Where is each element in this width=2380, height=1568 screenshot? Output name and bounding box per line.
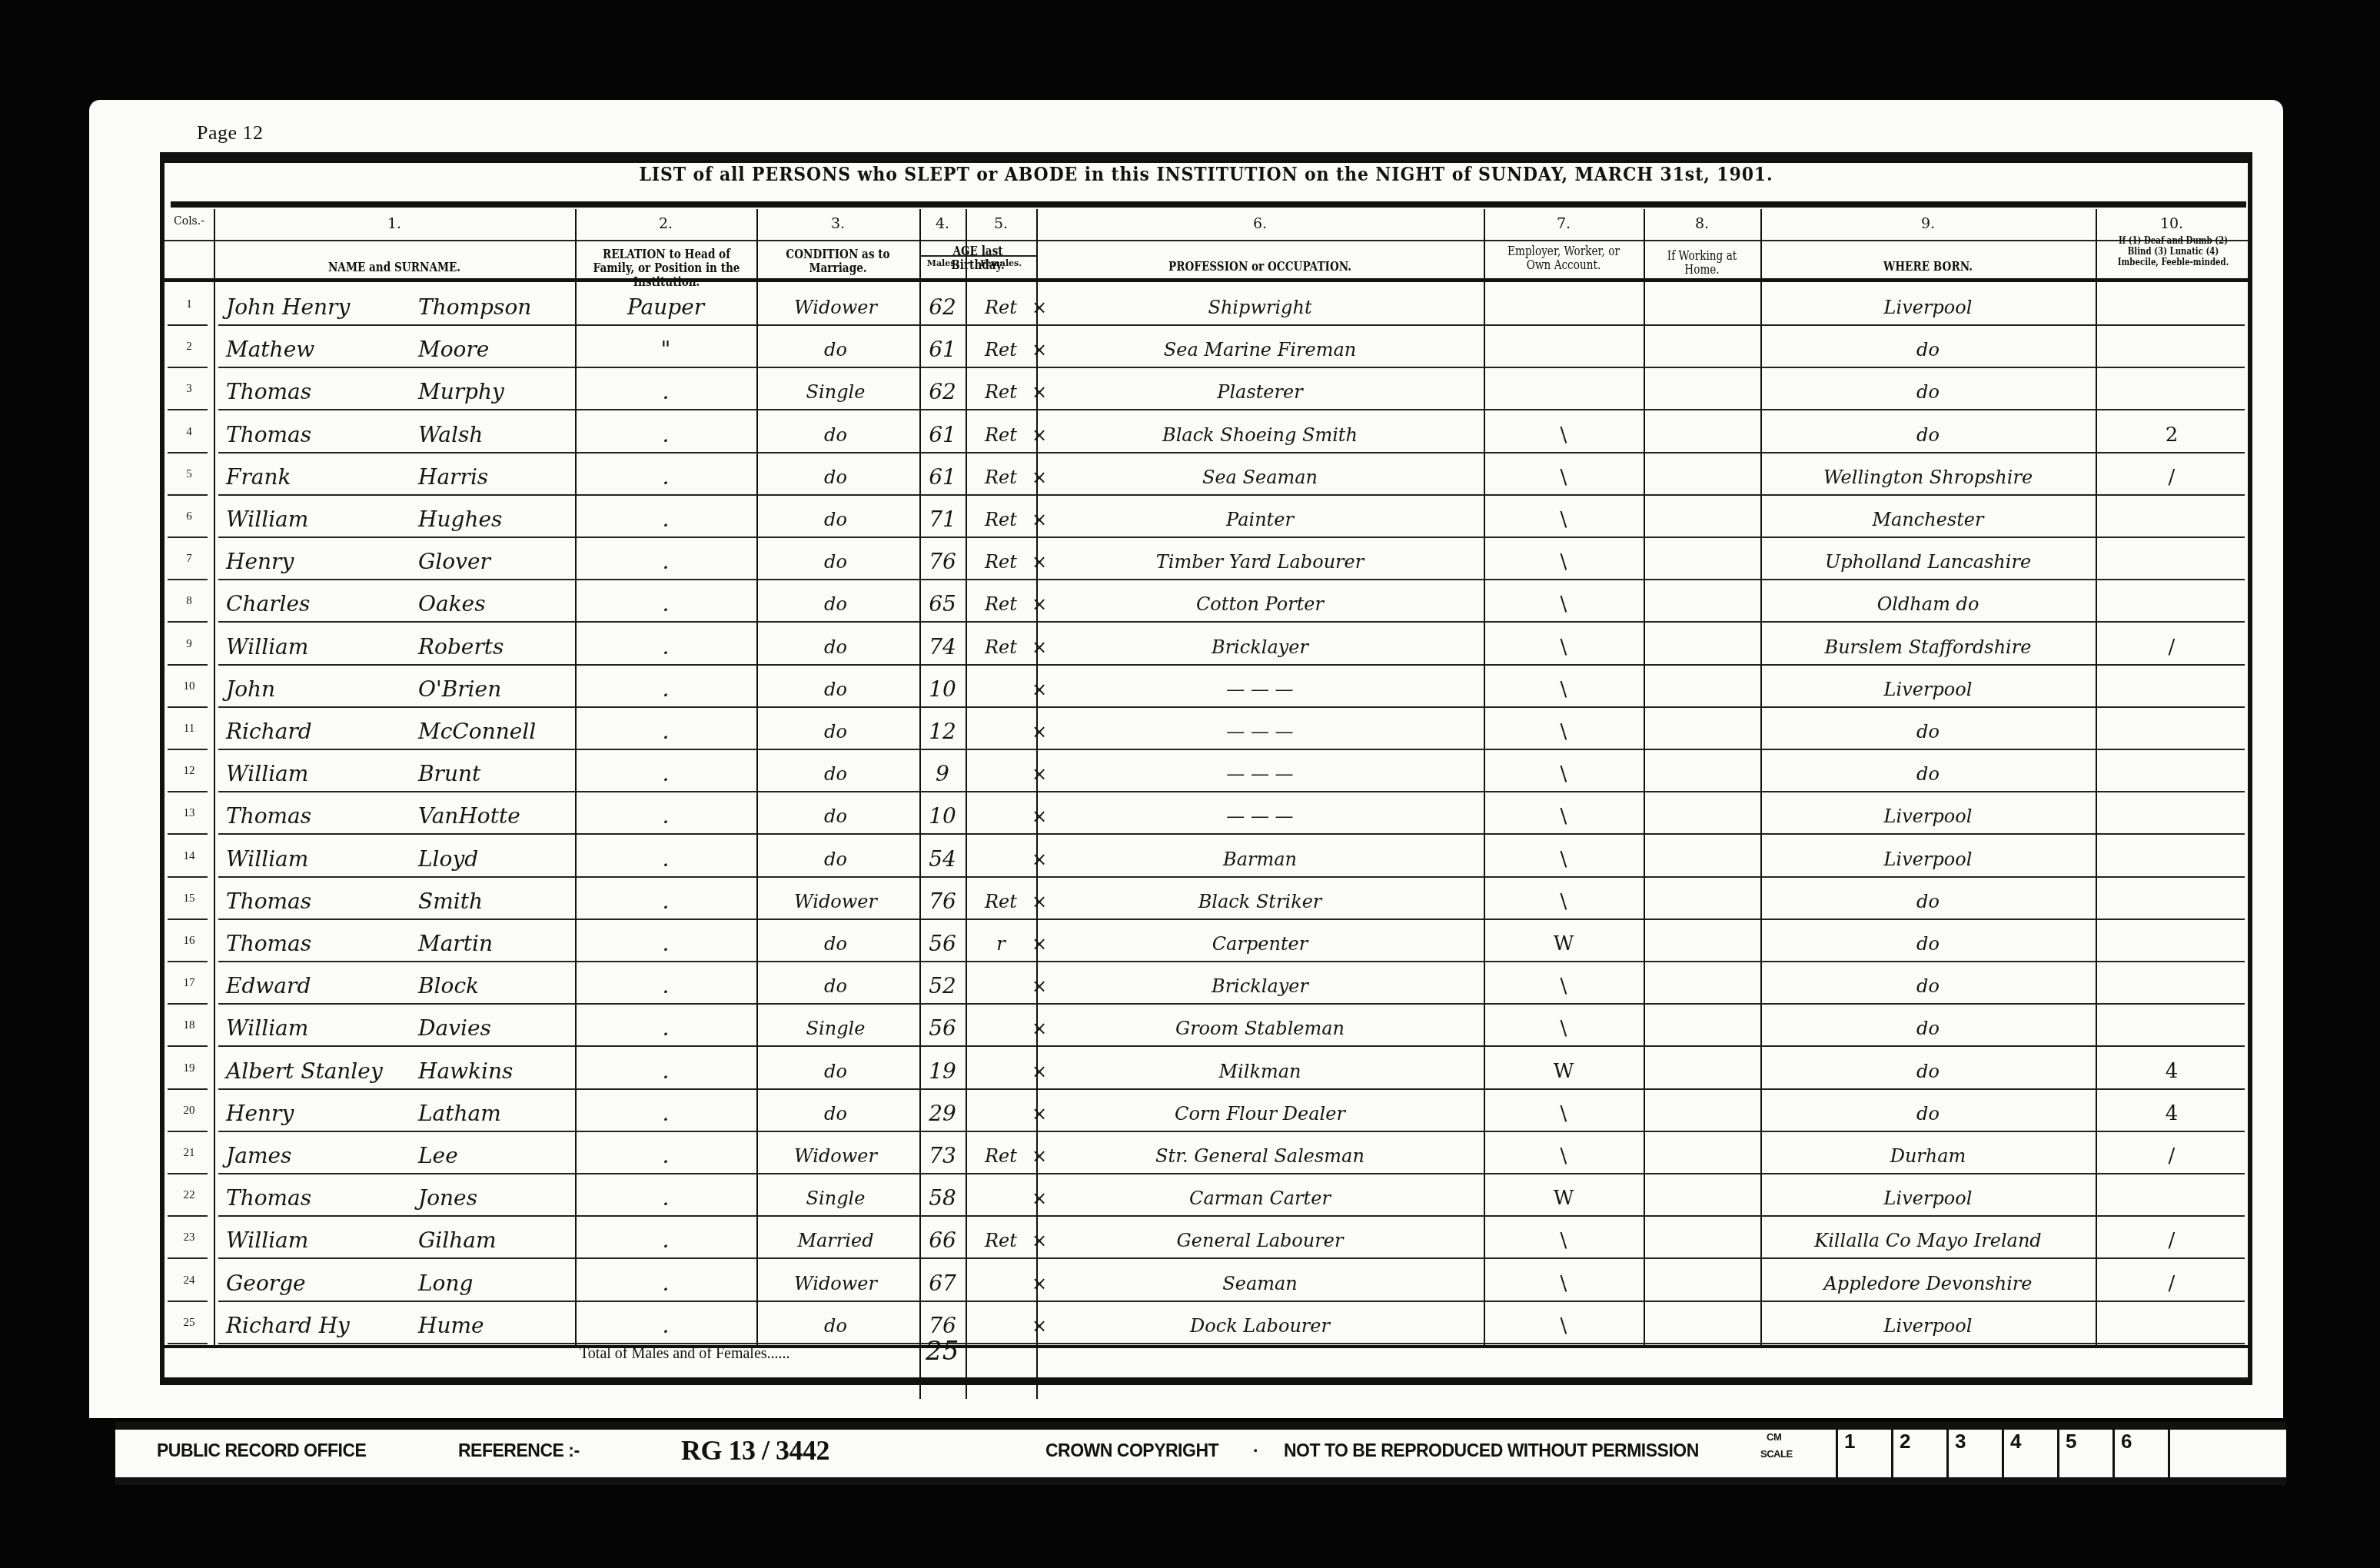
cell-infirmity xyxy=(2096,754,2248,791)
cell-age-m: 10 xyxy=(919,796,966,833)
cell-age-f xyxy=(966,669,1036,706)
cell-born: do xyxy=(1760,882,2096,919)
row-number-rule xyxy=(168,833,208,835)
cell-age-f: Ret xyxy=(966,1136,1036,1173)
cell-surname: O'Brien xyxy=(418,669,572,706)
cell-age-f xyxy=(966,966,1036,1003)
row-rule xyxy=(218,621,2245,623)
row-number-rule xyxy=(168,706,208,708)
cell-n: 18 xyxy=(165,1008,214,1045)
row-rule xyxy=(218,1003,2245,1005)
cell-first: Thomas xyxy=(226,415,411,452)
cell-infirmity xyxy=(2096,287,2248,324)
cell-working-home xyxy=(1644,1008,1760,1045)
cell-surname: Smith xyxy=(418,882,572,919)
cell-working-home xyxy=(1644,1178,1760,1215)
cell-working-home xyxy=(1644,457,1760,494)
tally-mark-icon: × xyxy=(1032,1264,1047,1301)
header-bottom-rule xyxy=(165,278,2248,282)
tally-mark-icon: × xyxy=(1032,287,1047,324)
cell-occupation: — — — xyxy=(1036,712,1484,749)
cell-age-m: 29 xyxy=(919,1094,966,1131)
cell-relation: . xyxy=(575,924,756,961)
cell-age-m: 54 xyxy=(919,839,966,876)
cell-age-f: Ret xyxy=(966,1221,1036,1257)
cell-surname: Hume xyxy=(418,1306,572,1343)
cell-employer: \ xyxy=(1484,415,1644,452)
cell-relation: . xyxy=(575,796,756,833)
cell-infirmity xyxy=(2096,966,2248,1003)
cell-condition: do xyxy=(756,966,915,1003)
cell-first: Edward xyxy=(226,966,411,1003)
cell-employer: \ xyxy=(1484,712,1644,749)
cell-surname: Martin xyxy=(418,924,572,961)
cell-n: 17 xyxy=(165,966,214,1003)
cell-n: 2 xyxy=(165,330,214,367)
cell-age-m: 73 xyxy=(919,1136,966,1173)
cell-surname: Gilham xyxy=(418,1221,572,1257)
cell-employer: \ xyxy=(1484,669,1644,706)
table-row: 20HenryLatham.do29Corn Flour Dealer\do4× xyxy=(165,1091,2248,1133)
colnum-2: 2. xyxy=(575,215,756,232)
cell-n: 11 xyxy=(165,712,214,749)
cell-infirmity xyxy=(2096,330,2248,367)
table-row: 11RichardMcConnell.do12— — —\do× xyxy=(165,709,2248,751)
cell-occupation: Sea Marine Fireman xyxy=(1036,330,1484,367)
cell-occupation: Corn Flour Dealer xyxy=(1036,1094,1484,1131)
scale-end xyxy=(2168,1430,2176,1477)
row-number-rule xyxy=(168,876,208,878)
cell-born: Durham xyxy=(1760,1136,2096,1173)
cell-employer: \ xyxy=(1484,839,1644,876)
row-number-rule xyxy=(168,1173,208,1174)
cell-condition: do xyxy=(756,415,915,452)
cell-infirmity xyxy=(2096,500,2248,537)
title-rule xyxy=(171,201,2246,208)
cell-age-f xyxy=(966,1008,1036,1045)
cell-employer: \ xyxy=(1484,882,1644,919)
header-condition: CONDITION as to Marriage. xyxy=(782,247,894,275)
cell-relation: . xyxy=(575,1221,756,1257)
cell-first: William xyxy=(226,627,411,664)
cell-age-f: Ret xyxy=(966,500,1036,537)
cell-age-f xyxy=(966,1178,1036,1215)
cell-relation: " xyxy=(575,330,756,367)
cell-occupation: — — — xyxy=(1036,669,1484,706)
cell-born: do xyxy=(1760,712,2096,749)
cell-occupation: Carpenter xyxy=(1036,924,1484,961)
row-number-rule xyxy=(168,367,208,368)
cell-born: Liverpool xyxy=(1760,669,2096,706)
table-row: 25Richard HyHume.do76Dock Labourer\Liver… xyxy=(165,1303,2248,1345)
cell-first: John Henry xyxy=(226,287,411,324)
cell-relation: . xyxy=(575,1008,756,1045)
cell-age-m: 62 xyxy=(919,372,966,409)
table-row: 14WilliamLloyd.do54Barman\Liverpool× xyxy=(165,836,2248,879)
cell-occupation: Bricklayer xyxy=(1036,627,1484,664)
cell-employer: \ xyxy=(1484,1094,1644,1131)
cell-surname: Hughes xyxy=(418,500,572,537)
cell-working-home xyxy=(1644,669,1760,706)
cell-infirmity xyxy=(2096,839,2248,876)
cell-surname: Lee xyxy=(418,1136,572,1173)
row-rule xyxy=(218,1045,2245,1047)
tally-mark-icon: × xyxy=(1032,1306,1047,1343)
tally-mark-icon: × xyxy=(1032,966,1047,1003)
cell-infirmity: / xyxy=(2096,1264,2248,1301)
cell-first: William xyxy=(226,1008,411,1045)
cell-infirmity: / xyxy=(2096,457,2248,494)
header-occupation: PROFESSION or OCCUPATION. xyxy=(1070,260,1451,274)
cell-condition: Widower xyxy=(756,287,915,324)
cell-occupation: Seaman xyxy=(1036,1264,1484,1301)
cell-infirmity: 2 xyxy=(2096,415,2248,452)
header-infirmity: If (1) Deaf and Dumb (2) Blind (3) Lunat… xyxy=(2112,235,2234,267)
cell-surname: Murphy xyxy=(418,372,572,409)
cell-first: William xyxy=(226,754,411,791)
tally-mark-icon: × xyxy=(1032,882,1047,919)
cell-first: James xyxy=(226,1136,411,1173)
cell-first: Thomas xyxy=(226,372,411,409)
tally-mark-icon: × xyxy=(1032,372,1047,409)
cell-age-m: 61 xyxy=(919,415,966,452)
totals-label: Total of Males and of Females...... xyxy=(580,1345,790,1363)
table-row: 17EdwardBlock.do52Bricklayer\do× xyxy=(165,963,2248,1005)
cell-employer xyxy=(1484,372,1644,409)
cell-age-m: 10 xyxy=(919,669,966,706)
cell-infirmity xyxy=(2096,669,2248,706)
row-rule xyxy=(218,664,2245,666)
cell-age-m: 71 xyxy=(919,500,966,537)
column-divider xyxy=(214,209,215,1345)
cell-occupation: Dock Labourer xyxy=(1036,1306,1484,1343)
tally-mark-icon: × xyxy=(1032,796,1047,833)
cell-first: Albert Stanley xyxy=(226,1051,411,1088)
table-row: 4ThomasWalsh.do61RetBlack Shoeing Smith\… xyxy=(165,412,2248,454)
cell-condition: do xyxy=(756,712,915,749)
archive-footer: PUBLIC RECORD OFFICE REFERENCE :- RG 13 … xyxy=(115,1422,2286,1485)
cell-first: George xyxy=(226,1264,411,1301)
cell-relation: . xyxy=(575,1136,756,1173)
cell-surname: Jones xyxy=(418,1178,572,1215)
cell-surname: Harris xyxy=(418,457,572,494)
cell-age-f xyxy=(966,796,1036,833)
age-subheader-rule xyxy=(919,255,1036,257)
cell-born: do xyxy=(1760,330,2096,367)
cell-infirmity: / xyxy=(2096,1136,2248,1173)
cell-surname: Moore xyxy=(418,330,572,367)
cell-n: 8 xyxy=(165,584,214,621)
cell-infirmity xyxy=(2096,584,2248,621)
cell-born: Appledore Devonshire xyxy=(1760,1264,2096,1301)
cell-age-m: 76 xyxy=(919,882,966,919)
table-row: 3ThomasMurphy.Single62RetPlastererdo× xyxy=(165,369,2248,411)
footer-scale-label: SCALE xyxy=(1760,1448,1793,1460)
cell-age-f: r xyxy=(966,924,1036,961)
cell-infirmity xyxy=(2096,1306,2248,1343)
cell-born: do xyxy=(1760,372,2096,409)
cell-born: do xyxy=(1760,924,2096,961)
cell-relation: . xyxy=(575,669,756,706)
cell-surname: Davies xyxy=(418,1008,572,1045)
cell-working-home xyxy=(1644,287,1760,324)
cell-age-m: 52 xyxy=(919,966,966,1003)
cell-employer xyxy=(1484,330,1644,367)
cols-label: Cols.- xyxy=(165,215,214,228)
row-rule xyxy=(218,1343,2245,1344)
cell-n: 1 xyxy=(165,287,214,324)
row-number-rule xyxy=(168,1088,208,1090)
table-row: 5FrankHarris.do61RetSea Seaman\Wellingto… xyxy=(165,454,2248,497)
cell-infirmity xyxy=(2096,924,2248,961)
cell-employer: \ xyxy=(1484,542,1644,579)
table-row: 6WilliamHughes.do71RetPainter\Manchester… xyxy=(165,497,2248,539)
row-number-rule xyxy=(168,791,208,792)
row-number-rule xyxy=(168,537,208,538)
cell-condition: do xyxy=(756,796,915,833)
cell-n: 12 xyxy=(165,754,214,791)
row-number-rule xyxy=(168,1045,208,1047)
table-row: 19Albert StanleyHawkins.do19MilkmanWdo4× xyxy=(165,1048,2248,1091)
row-number-rule xyxy=(168,1301,208,1302)
cell-age-m: 74 xyxy=(919,627,966,664)
tally-mark-icon: × xyxy=(1032,500,1047,537)
cell-n: 24 xyxy=(165,1264,214,1301)
cell-first: Thomas xyxy=(226,882,411,919)
cell-age-f xyxy=(966,1306,1036,1343)
cell-first: Mathew xyxy=(226,330,411,367)
cell-age-f: Ret xyxy=(966,415,1036,452)
cell-condition: do xyxy=(756,457,915,494)
table-row: 10JohnO'Brien.do10— — —\Liverpool× xyxy=(165,666,2248,709)
cell-working-home xyxy=(1644,1051,1760,1088)
row-rule xyxy=(218,494,2245,496)
cell-condition: do xyxy=(756,330,915,367)
cell-condition: Married xyxy=(756,1221,915,1257)
cell-age-f: Ret xyxy=(966,372,1036,409)
cell-occupation: Carman Carter xyxy=(1036,1178,1484,1215)
cell-relation: . xyxy=(575,627,756,664)
cell-infirmity: / xyxy=(2096,627,2248,664)
row-rule xyxy=(218,961,2245,962)
cell-age-m: 56 xyxy=(919,1008,966,1045)
cell-surname: Glover xyxy=(418,542,572,579)
column-divider xyxy=(966,209,967,1399)
tally-mark-icon: × xyxy=(1032,457,1047,494)
cell-condition: Single xyxy=(756,1178,915,1215)
cell-age-f: Ret xyxy=(966,330,1036,367)
cell-relation: . xyxy=(575,542,756,579)
cell-employer: \ xyxy=(1484,584,1644,621)
cell-age-f xyxy=(966,754,1036,791)
cell-born: Burslem Staffordshire xyxy=(1760,627,2096,664)
row-number-rule xyxy=(168,961,208,962)
cell-condition: Single xyxy=(756,1008,915,1045)
cell-condition: do xyxy=(756,754,915,791)
table-row: 12WilliamBrunt.do9— — —\do× xyxy=(165,751,2248,793)
tally-mark-icon: × xyxy=(1032,839,1047,876)
row-number-rule xyxy=(168,1257,208,1259)
cell-occupation: — — — xyxy=(1036,754,1484,791)
cell-working-home xyxy=(1644,882,1760,919)
colnum-5: 5. xyxy=(966,215,1036,232)
cell-relation: Pauper xyxy=(575,287,756,324)
cell-born: Manchester xyxy=(1760,500,2096,537)
row-number-rule xyxy=(168,1343,208,1344)
cell-employer: \ xyxy=(1484,500,1644,537)
cell-first: Frank xyxy=(226,457,411,494)
cell-occupation: Shipwright xyxy=(1036,287,1484,324)
row-rule xyxy=(218,1301,2245,1302)
header-age-females: Females. xyxy=(966,258,1036,268)
cell-first: Charles xyxy=(226,584,411,621)
cell-occupation: Bricklayer xyxy=(1036,966,1484,1003)
cell-occupation: Plasterer xyxy=(1036,372,1484,409)
cell-working-home xyxy=(1644,1306,1760,1343)
row-rule xyxy=(218,876,2245,878)
cell-born: do xyxy=(1760,415,2096,452)
cell-age-f: Ret xyxy=(966,584,1036,621)
cell-condition: do xyxy=(756,627,915,664)
cell-n: 20 xyxy=(165,1094,214,1131)
cell-relation: . xyxy=(575,1306,756,1343)
cell-infirmity xyxy=(2096,1008,2248,1045)
cell-occupation: Black Shoeing Smith xyxy=(1036,415,1484,452)
cell-infirmity xyxy=(2096,796,2248,833)
cell-condition: Widower xyxy=(756,1264,915,1301)
cell-relation: . xyxy=(575,584,756,621)
cell-n: 14 xyxy=(165,839,214,876)
cell-relation: . xyxy=(575,882,756,919)
cell-working-home xyxy=(1644,372,1760,409)
cell-surname: Latham xyxy=(418,1094,572,1131)
table-row: 22ThomasJones.Single58Carman CarterWLive… xyxy=(165,1175,2248,1218)
cell-age-f: Ret xyxy=(966,627,1036,664)
tally-mark-icon: × xyxy=(1032,1221,1047,1257)
cell-relation: . xyxy=(575,500,756,537)
cell-born: do xyxy=(1760,1051,2096,1088)
cell-n: 10 xyxy=(165,669,214,706)
cell-first: Richard Hy xyxy=(226,1306,411,1343)
tally-mark-icon: × xyxy=(1032,712,1047,749)
tally-mark-icon: × xyxy=(1032,754,1047,791)
tally-mark-icon: × xyxy=(1032,1051,1047,1088)
cell-infirmity xyxy=(2096,712,2248,749)
row-rule xyxy=(218,537,2245,538)
colnum-4: 4. xyxy=(919,215,966,232)
table-row: 2MathewMoore"do61RetSea Marine Firemando… xyxy=(165,327,2248,369)
cell-born: Liverpool xyxy=(1760,796,2096,833)
cell-born: Liverpool xyxy=(1760,287,2096,324)
cell-condition: do xyxy=(756,500,915,537)
table-row: 21JamesLee.Widower73RetStr. General Sale… xyxy=(165,1133,2248,1175)
cell-condition: do xyxy=(756,1094,915,1131)
tally-mark-icon: × xyxy=(1032,330,1047,367)
cell-relation: . xyxy=(575,372,756,409)
cell-age-f xyxy=(966,712,1036,749)
tally-mark-icon: × xyxy=(1032,584,1047,621)
row-rule xyxy=(218,706,2245,708)
cell-surname: Hawkins xyxy=(418,1051,572,1088)
cell-born: do xyxy=(1760,966,2096,1003)
table-row: 8CharlesOakes.do65RetCotton Porter\Oldha… xyxy=(165,581,2248,623)
cell-age-m: 62 xyxy=(919,287,966,324)
cell-n: 16 xyxy=(165,924,214,961)
cell-born: do xyxy=(1760,754,2096,791)
header-working-home: If Working at Home. xyxy=(1659,249,1745,277)
tally-mark-icon: × xyxy=(1032,1136,1047,1173)
cell-employer: W xyxy=(1484,1051,1644,1088)
row-rule xyxy=(218,1257,2245,1259)
cell-first: Henry xyxy=(226,1094,411,1131)
colnum-9: 9. xyxy=(1760,215,2096,232)
cell-employer: \ xyxy=(1484,1136,1644,1173)
row-number-rule xyxy=(168,749,208,750)
scale-mark: 3 xyxy=(1946,1430,2002,1477)
totals-males: 25 xyxy=(926,1336,959,1367)
row-number-rule xyxy=(168,494,208,496)
colnum-1: 1. xyxy=(214,215,575,232)
cell-working-home xyxy=(1644,627,1760,664)
cell-first: William xyxy=(226,1221,411,1257)
cell-infirmity: 4 xyxy=(2096,1051,2248,1088)
cell-age-m: 12 xyxy=(919,712,966,749)
row-rule xyxy=(218,452,2245,453)
cell-first: Henry xyxy=(226,542,411,579)
table-row: 7HenryGlover.do76RetTimber Yard Labourer… xyxy=(165,539,2248,581)
cell-employer: W xyxy=(1484,924,1644,961)
colnum-7: 7. xyxy=(1484,215,1644,232)
row-number-rule xyxy=(168,664,208,666)
row-number-rule xyxy=(168,579,208,580)
scale-mark: 6 xyxy=(2112,1430,2168,1477)
row-rule xyxy=(218,791,2245,792)
tally-mark-icon: × xyxy=(1032,415,1047,452)
row-number-rule xyxy=(168,1003,208,1005)
header-where-born: WHERE BORN. xyxy=(1786,260,2071,274)
cell-n: 3 xyxy=(165,372,214,409)
tally-mark-icon: × xyxy=(1032,627,1047,664)
cell-relation: . xyxy=(575,754,756,791)
column-divider xyxy=(1760,209,1762,1345)
cell-occupation: Groom Stableman xyxy=(1036,1008,1484,1045)
cell-employer: W xyxy=(1484,1178,1644,1215)
cell-occupation: General Labourer xyxy=(1036,1221,1484,1257)
cell-occupation: Str. General Salesman xyxy=(1036,1136,1484,1173)
cell-occupation: — — — xyxy=(1036,796,1484,833)
table-row: 18WilliamDavies.Single56Groom Stableman\… xyxy=(165,1005,2248,1048)
column-divider xyxy=(756,209,758,1345)
cell-relation: . xyxy=(575,415,756,452)
cell-n: 15 xyxy=(165,882,214,919)
column-divider xyxy=(1644,209,1645,1345)
cell-employer: \ xyxy=(1484,796,1644,833)
footer-copyright: CROWN COPYRIGHT xyxy=(1045,1440,1218,1461)
cell-surname: Block xyxy=(418,966,572,1003)
cell-employer: \ xyxy=(1484,1221,1644,1257)
row-number-rule xyxy=(168,452,208,453)
cell-employer: \ xyxy=(1484,966,1644,1003)
cell-condition: do xyxy=(756,669,915,706)
row-rule xyxy=(218,324,2245,326)
colnum-rule xyxy=(165,240,2248,241)
cell-born: Killalla Co Mayo Ireland xyxy=(1760,1221,2096,1257)
cell-infirmity xyxy=(2096,542,2248,579)
cell-working-home xyxy=(1644,1221,1760,1257)
cell-born: Wellington Shropshire xyxy=(1760,457,2096,494)
cell-occupation: Cotton Porter xyxy=(1036,584,1484,621)
tally-mark-icon: × xyxy=(1032,924,1047,961)
